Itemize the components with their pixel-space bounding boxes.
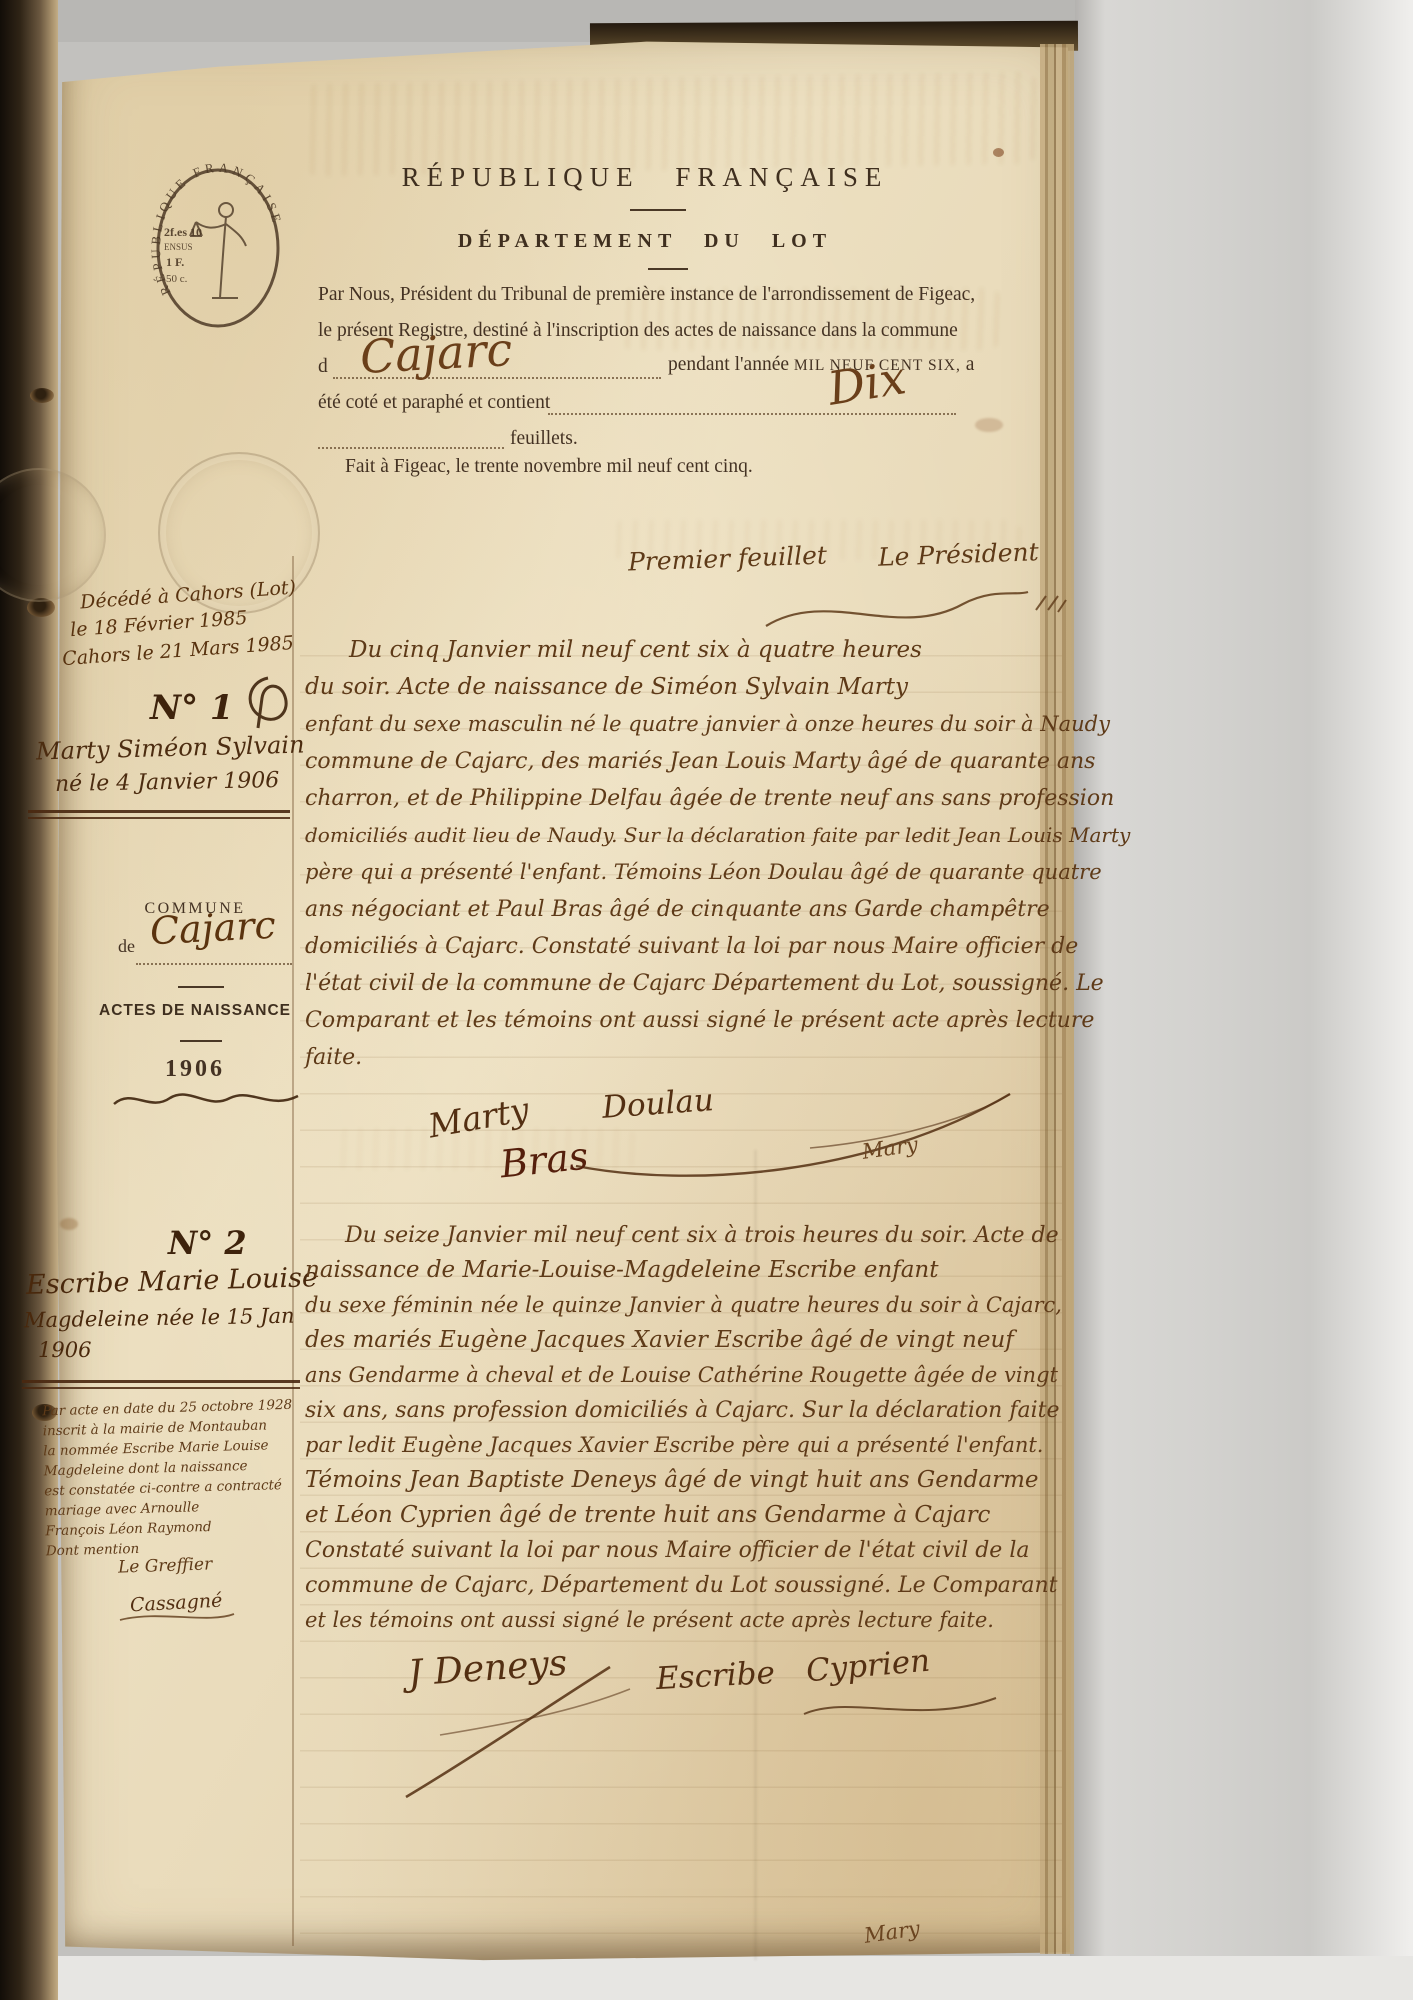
signature-escribe: Escribe — [655, 1655, 776, 1697]
act-line: du soir. Acte de naissance de Siméon Syl… — [305, 669, 1065, 706]
act-line: faite. — [305, 1039, 1065, 1076]
margin-year: 1906 — [95, 1056, 295, 1083]
preamble-line-1: Par Nous, Président du Tribunal de premi… — [318, 284, 975, 306]
revenue-stamp: RÉPUBLIQUE FRANÇAISE 2f.es 10 ENSUS 1 F.… — [138, 158, 298, 336]
scan-backdrop-bottom — [0, 1956, 1413, 2000]
scan-backdrop-right — [1070, 0, 1413, 2000]
act-line: Comparant et les témoins ont aussi signé… — [305, 1002, 1065, 1039]
header-department: DÉPARTEMENT DU LOT — [300, 230, 990, 253]
preamble-pendant: pendant l'année MIL NEUF CENT SIX, a — [668, 354, 974, 376]
act-line: et les témoins ont aussi signé le présen… — [305, 1603, 1065, 1638]
margin-small-rule-2 — [180, 1040, 222, 1042]
commune-fill-handwriting: Cajarc — [359, 322, 514, 384]
book-spine — [0, 0, 58, 2000]
bleed-through — [299, 72, 1040, 177]
act-line: des mariés Eugène Jacques Xavier Escribe… — [305, 1323, 1065, 1358]
feuillets-fill-line — [318, 446, 504, 449]
margin-double-rule-2 — [22, 1380, 300, 1389]
header-divider — [630, 209, 686, 211]
act-line: domiciliés audit lieu de Naudy. Sur la d… — [305, 817, 1065, 854]
binding-hole — [30, 388, 54, 403]
commune-de: de — [118, 936, 135, 957]
a-suffix: a — [966, 354, 975, 375]
preamble-cote-line: été coté et paraphé et contient — [318, 392, 550, 414]
act-line: père qui a présenté l'enfant. Témoins Lé… — [305, 854, 1065, 891]
act-line: naissance de Marie-Louise-Magdeleine Esc… — [305, 1253, 1065, 1288]
justice-figure-icon — [190, 203, 246, 298]
act-2-text: Du seize Janvier mil neuf cent six à tro… — [305, 1218, 1065, 1638]
act-1-number: N° 1 — [150, 688, 234, 728]
count-fill-line — [548, 412, 956, 415]
act-line: domiciliés à Cajarc. Constaté suivant la… — [305, 928, 1065, 965]
act-2-margin-name-3: 1906 — [38, 1338, 91, 1362]
ink-stain — [60, 1218, 78, 1230]
act-line: du sexe féminin née le quinze Janvier à … — [305, 1288, 1065, 1323]
commune-dotted-line — [136, 962, 292, 965]
act-line: Du seize Janvier mil neuf cent six à tro… — [305, 1218, 1065, 1253]
margin-separator-line — [292, 556, 294, 1946]
act-line: par ledit Eugène Jacques Xavier Escribe … — [305, 1428, 1065, 1463]
act-line: ans négociant et Paul Bras âgé de cinqua… — [305, 891, 1065, 928]
act-line: six ans, sans profession domiciliés à Ca… — [305, 1393, 1065, 1428]
act-line: et Léon Cyprien âgé de trente huit ans G… — [305, 1498, 1065, 1533]
act-line: commune de Cajarc, Département du Lot so… — [305, 1568, 1065, 1603]
act-line: ans Gendarme à cheval et de Louise Cathé… — [305, 1358, 1065, 1393]
act-2-margin-name-2: Magdeleine née le 15 Jan — [24, 1304, 295, 1333]
stamp-value-3: 1 F. — [166, 255, 184, 269]
stamp-value-2: ENSUS — [164, 242, 193, 252]
signature-bras: Bras — [498, 1134, 590, 1187]
cyprien-signature-flourish — [800, 1688, 1000, 1728]
ink-stain — [975, 418, 1003, 432]
stamp-value-1: 2f.es 10 — [164, 225, 202, 239]
act-1-margin-birth: né le 4 Janvier 1906 — [55, 768, 280, 797]
act-line: charron, et de Philippine Delfau âgée de… — [305, 780, 1065, 817]
margin-squiggle-divider — [112, 1086, 302, 1114]
act-line: Du cinq Janvier mil neuf cent six à quat… — [305, 632, 1065, 669]
margin-small-rule-1 — [178, 986, 224, 988]
preamble-feuillets: feuillets. — [510, 428, 578, 450]
scanned-register-page: RÉPUBLIQUE FRANÇAISE 2f.es 10 ENSUS 1 F.… — [0, 0, 1413, 2000]
act-line: commune de Cajarc, des mariés Jean Louis… — [305, 743, 1065, 780]
doulau-signature-flourish — [570, 1080, 1020, 1180]
act-1-paraph — [238, 672, 300, 734]
act-line: Témoins Jean Baptiste Deneys âgé de ving… — [305, 1463, 1065, 1498]
commune-name-handwriting: Cajarc — [149, 903, 277, 954]
deneys-signature-flourish — [380, 1655, 660, 1805]
president-note: Le Président — [878, 537, 1040, 572]
marriage-marginal-note: Par acte en date du 25 octobre 1928 insc… — [42, 1395, 302, 1562]
act-2-number: N° 2 — [168, 1224, 247, 1262]
preamble-de-prefix: d — [318, 356, 328, 378]
act-line: Constaté suivant la loi par nous Maire o… — [305, 1533, 1065, 1568]
acts-de-naissance-label: ACTES DE NAISSANCE — [85, 1002, 305, 1020]
header-divider-2 — [648, 268, 688, 270]
greffier-signature-flourish — [118, 1608, 238, 1628]
header-republic: RÉPUBLIQUE FRANÇAISE — [300, 162, 990, 193]
stamp-value-4: 50 c. — [166, 273, 188, 285]
act-line: enfant du sexe masculin né le quatre jan… — [305, 706, 1065, 743]
act-1-text: Du cinq Janvier mil neuf cent six à quat… — [305, 632, 1065, 1076]
act-line: l'état civil de la commune de Cajarc Dép… — [305, 965, 1065, 1002]
ink-stain — [993, 148, 1004, 157]
margin-double-rule-1 — [28, 810, 290, 819]
greffier-label: Le Greffier — [118, 1554, 213, 1577]
preamble-fait-line: Fait à Figeac, le trente novembre mil ne… — [345, 456, 753, 478]
pendant-text: pendant l'année — [668, 354, 789, 375]
